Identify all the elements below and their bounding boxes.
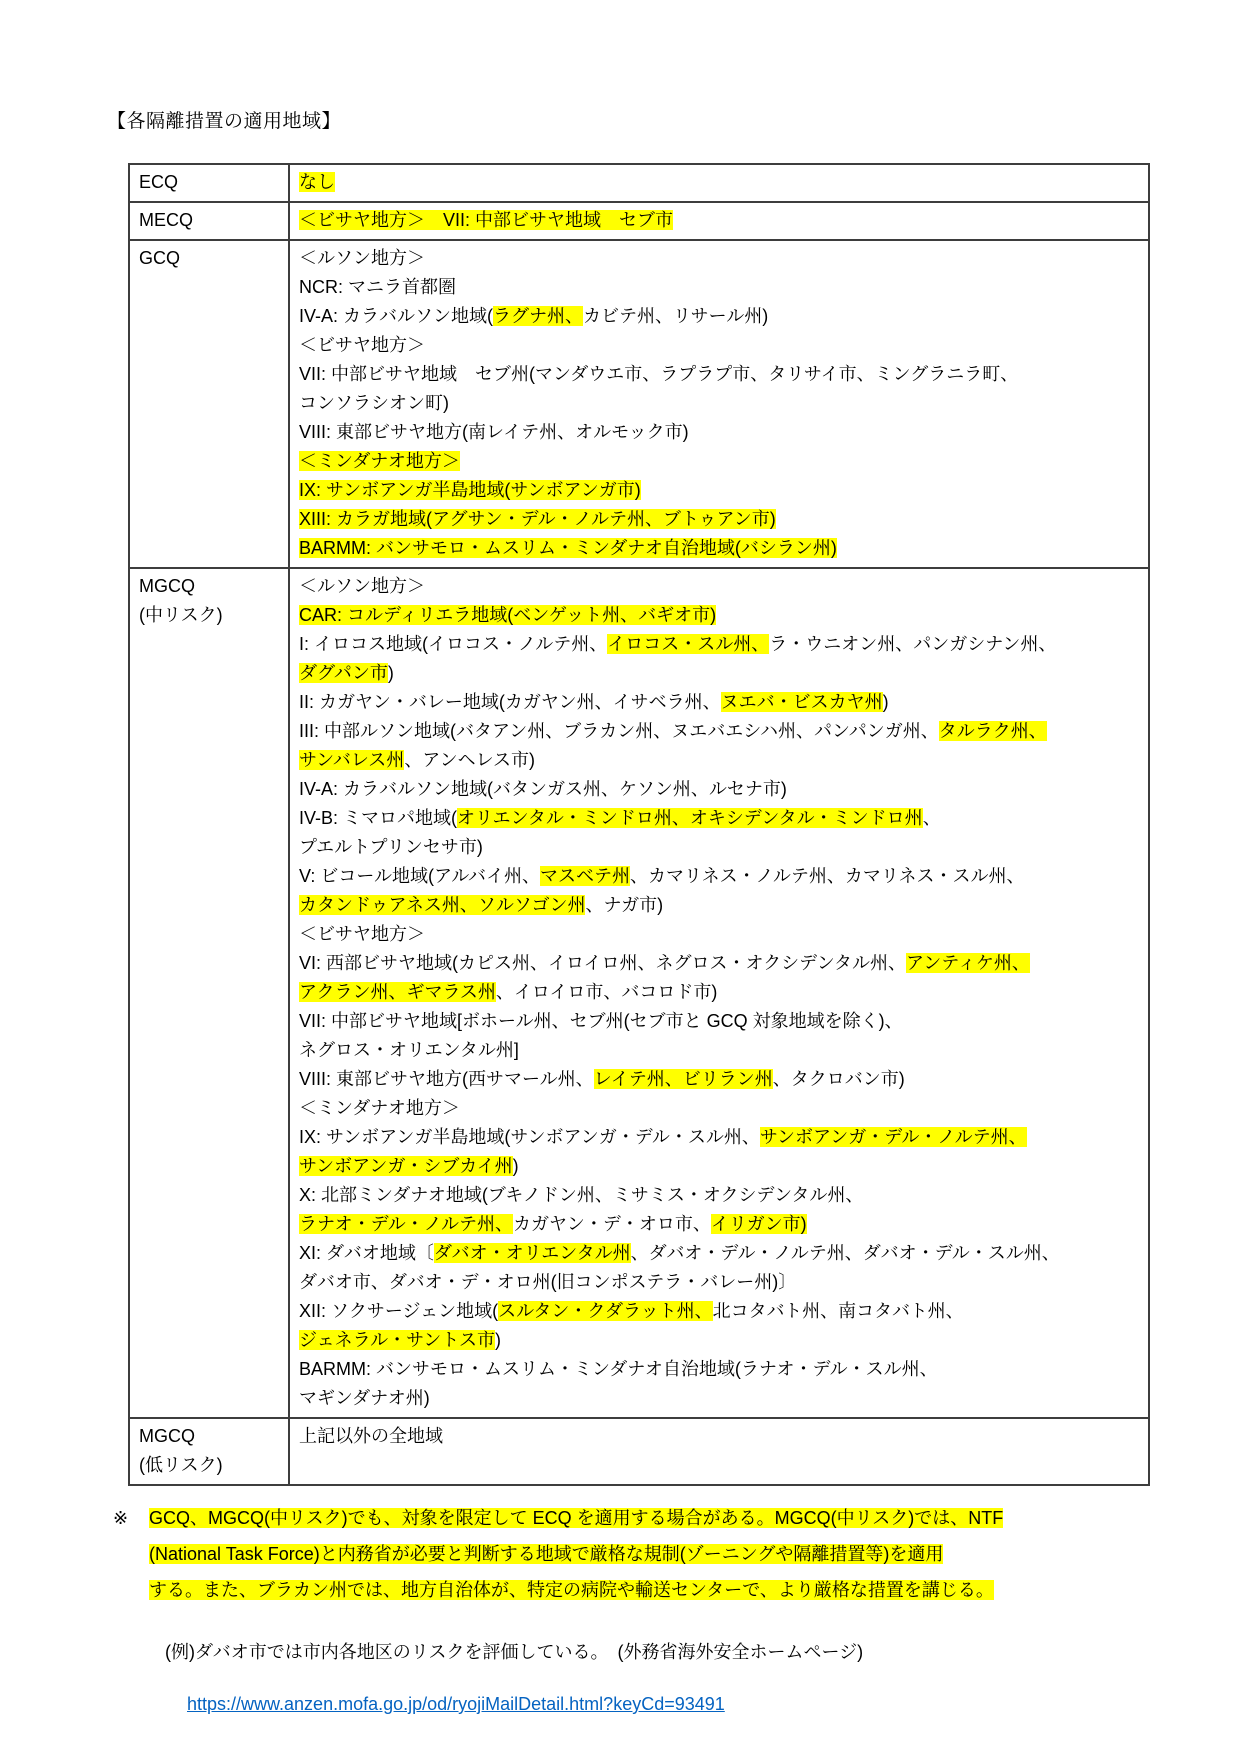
highlighted-text: なし <box>299 172 335 192</box>
content-line: VI: 西部ビサヤ地域(カピス州、イロイロ州、ネグロス・オクシデンタル州、アンテ… <box>299 949 1142 978</box>
plain-text: ) <box>883 692 889 712</box>
highlighted-text: カタンドゥアネス州、ソルソゴン州 <box>299 895 585 915</box>
plain-text: カガヤン・デ・オロ市、 <box>513 1214 711 1234</box>
content-line: コンソラシオン町) <box>299 389 1142 418</box>
highlighted-text: アンティケ州、 <box>906 953 1030 973</box>
content-line: IV-A: カラバルソン地域(ラグナ州、カビテ州、リサール州) <box>299 302 1142 331</box>
plain-text: V: ビコール地域(アルバイ州、 <box>299 866 540 886</box>
plain-text: X: 北部ミンダナオ地域(ブキノドン州、ミサミス・オクシデンタル州、 <box>299 1185 863 1205</box>
plain-text: ＜ビサヤ地方＞ <box>299 924 425 944</box>
plain-text: ＜ミンダナオ地方＞ <box>299 1098 460 1118</box>
plain-text: II: カガヤン・バレー地域(カガヤン州、イサベラ州、 <box>299 692 721 712</box>
plain-text: IV-A: カラバルソン地域(バタンガス州、ケソン州、ルセナ市) <box>299 779 787 799</box>
content-line: IV-A: カラバルソン地域(バタンガス州、ケソン州、ルセナ市) <box>299 775 1142 804</box>
row-label-mgcq-low: MGCQ(低リスク) <box>129 1418 289 1485</box>
table-row-ecq: ECQなし <box>129 164 1149 202</box>
row-label-ecq: ECQ <box>129 164 289 202</box>
plain-text: 上記以外の全地域 <box>299 1426 443 1446</box>
highlighted-text: BARMM: バンサモロ・ムスリム・ミンダナオ自治地域(バシラン州) <box>299 538 837 558</box>
highlighted-text: サンボアンガ・シブカイ州 <box>299 1156 513 1176</box>
highlighted-text: ラグナ州、 <box>493 306 583 326</box>
highlighted-text: ダグパン市 <box>299 663 388 683</box>
table-row-mecq: MECQ＜ビサヤ地方＞ VII: 中部ビサヤ地域 セブ市 <box>129 202 1149 240</box>
highlighted-text: (National Task Force)と内務省が必要と判断する地域で厳格な規… <box>149 1544 943 1564</box>
content-line: なし <box>299 168 1142 197</box>
content-line: ＜ビサヤ地方＞ VII: 中部ビサヤ地域 セブ市 <box>299 206 1142 235</box>
content-line: VIII: 東部ビサヤ地方(西サマール州、レイテ州、ビリラン州、タクロバン市) <box>299 1065 1142 1094</box>
content-line: サンボアンガ・シブカイ州) <box>299 1152 1142 1181</box>
content-line: ＜ビサヤ地方＞ <box>299 920 1142 949</box>
plain-text: 、タクロバン市) <box>773 1069 905 1089</box>
content-line: ラナオ・デル・ノルテ州、カガヤン・デ・オロ市、イリガン市) <box>299 1210 1142 1239</box>
content-line: CAR: コルディリエラ地域(ベンゲット州、バギオ市) <box>299 601 1142 630</box>
row-label-line: (低リスク) <box>139 1451 282 1480</box>
highlighted-text: XIII: カラガ地域(アグサン・デル・ノルテ州、ブトゥアン市) <box>299 509 776 529</box>
plain-text: VII: 中部ビサヤ地域[ボホール州、セブ州(セブ市と GCQ 対象地域を除く)… <box>299 1011 903 1031</box>
footnote-line: する。また、ブラカン州では、地方自治体が、特定の病院や輸送センターで、より厳格な… <box>149 1572 1181 1608</box>
row-label-line: ECQ <box>139 168 282 197</box>
content-line: ＜ルソン地方＞ <box>299 572 1142 601</box>
plain-text: マギンダナオ州) <box>299 1388 430 1408</box>
plain-text: VIII: 東部ビサヤ地方(西サマール州、 <box>299 1069 594 1089</box>
content-line: III: 中部ルソン地域(バタアン州、ブラカン州、ヌエバエシハ州、パンパンガ州、… <box>299 717 1142 746</box>
content-line: ダグパン市) <box>299 659 1142 688</box>
plain-text: IX: サンボアンガ半島地域(サンボアンガ・デル・スル州、 <box>299 1127 760 1147</box>
plain-text: VI: 西部ビサヤ地域(カピス州、イロイロ州、ネグロス・オクシデンタル州、 <box>299 953 906 973</box>
plain-text: 、カマリネス・ノルテ州、カマリネス・スル州、 <box>630 866 1025 886</box>
plain-text: ) <box>513 1156 519 1176</box>
plain-text: VIII: 東部ビサヤ地方(南レイテ州、オルモック市) <box>299 422 689 442</box>
content-line: XIII: カラガ地域(アグサン・デル・ノルテ州、ブトゥアン市) <box>299 505 1142 534</box>
table-row-mgcq-low: MGCQ(低リスク)上記以外の全地域 <box>129 1418 1149 1485</box>
content-line: VII: 中部ビサヤ地域 セブ州(マンダウエ市、ラプラプ市、タリサイ市、ミングラ… <box>299 360 1142 389</box>
plain-text: ＜ルソン地方＞ <box>299 248 425 268</box>
content-line: I: イロコス地域(イロコス・ノルテ州、イロコス・スル州、ラ・ウニオン州、パンガ… <box>299 630 1142 659</box>
content-line: BARMM: バンサモロ・ムスリム・ミンダナオ自治地域(バシラン州) <box>299 534 1142 563</box>
content-line: IX: サンボアンガ半島地域(サンボアンガ市) <box>299 476 1142 505</box>
plain-text: 、アンヘレス市) <box>404 750 535 770</box>
highlighted-text: IX: サンボアンガ半島地域(サンボアンガ市) <box>299 480 641 500</box>
content-line: ダバオ市、ダバオ・デ・オロ州(旧コンポステラ・バレー州)〕 <box>299 1268 1142 1297</box>
page-title: 【各隔離措置の適用地域】 <box>107 106 1181 133</box>
table-row-gcq: GCQ＜ルソン地方＞NCR: マニラ首都圏IV-A: カラバルソン地域(ラグナ州… <box>129 240 1149 568</box>
highlighted-text: イロコス・スル州、 <box>607 634 769 654</box>
row-content-mgcq-mid: ＜ルソン地方＞CAR: コルディリエラ地域(ベンゲット州、バギオ市)I: イロコ… <box>289 568 1149 1418</box>
plain-text: ダバオ市、ダバオ・デ・オロ州(旧コンポステラ・バレー州)〕 <box>299 1272 796 1292</box>
plain-text: ラ・ウニオン州、パンガシナン州、 <box>769 634 1056 654</box>
plain-text: BARMM: バンサモロ・ムスリム・ミンダナオ自治地域(ラナオ・デル・スル州、 <box>299 1359 938 1379</box>
row-label-gcq: GCQ <box>129 240 289 568</box>
plain-text: XI: ダバオ地域〔 <box>299 1243 434 1263</box>
plain-text: 、イロイロ市、バコロド市) <box>496 982 717 1002</box>
content-line: マギンダナオ州) <box>299 1384 1142 1413</box>
content-line: II: カガヤン・バレー地域(カガヤン州、イサベラ州、ヌエバ・ビスカヤ州) <box>299 688 1142 717</box>
plain-text: ネグロス・オリエンタル州] <box>299 1040 519 1060</box>
safety-info-link[interactable]: https://www.anzen.mofa.go.jp/od/ryojiMai… <box>187 1694 725 1715</box>
table-body: ECQなしMECQ＜ビサヤ地方＞ VII: 中部ビサヤ地域 セブ市GCQ＜ルソン… <box>129 164 1149 1485</box>
content-line: BARMM: バンサモロ・ムスリム・ミンダナオ自治地域(ラナオ・デル・スル州、 <box>299 1355 1142 1384</box>
row-label-mecq: MECQ <box>129 202 289 240</box>
row-label-line: GCQ <box>139 244 282 273</box>
row-label-line: (中リスク) <box>139 601 282 630</box>
row-label-line: MGCQ <box>139 1422 282 1451</box>
example-note: (例)ダバオ市では市内各地区のリスクを評価している。 (外務省海外安全ホームペー… <box>165 1638 1181 1664</box>
plain-text: コンソラシオン町) <box>299 393 449 413</box>
highlighted-text: ヌエバ・ビスカヤ州 <box>721 692 883 712</box>
footnote: ※ GCQ、MGCQ(中リスク)でも、対象を限定して ECQ を適用する場合があ… <box>113 1500 1181 1608</box>
highlighted-text: ダバオ・オリエンタル州 <box>434 1243 631 1263</box>
row-content-ecq: なし <box>289 164 1149 202</box>
row-content-gcq: ＜ルソン地方＞NCR: マニラ首都圏IV-A: カラバルソン地域(ラグナ州、カビ… <box>289 240 1149 568</box>
content-line: IV-B: ミマロパ地域(オリエンタル・ミンドロ州、オキシデンタル・ミンドロ州、 <box>299 804 1142 833</box>
plain-text: ) <box>495 1330 501 1350</box>
highlighted-text: サンバレス州 <box>299 750 404 770</box>
plain-text: VII: 中部ビサヤ地域 セブ州(マンダウエ市、ラプラプ市、タリサイ市、ミングラ… <box>299 364 1018 384</box>
plain-text: NCR: マニラ首都圏 <box>299 277 456 297</box>
content-line: ネグロス・オリエンタル州] <box>299 1036 1142 1065</box>
content-line: VII: 中部ビサヤ地域[ボホール州、セブ州(セブ市と GCQ 対象地域を除く)… <box>299 1007 1142 1036</box>
plain-text: 、ダバオ・デル・ノルテ州、ダバオ・デル・スル州、 <box>631 1243 1060 1263</box>
footnote-line: GCQ、MGCQ(中リスク)でも、対象を限定して ECQ を適用する場合がある。… <box>149 1500 1181 1536</box>
plain-text: I: イロコス地域(イロコス・ノルテ州、 <box>299 634 607 654</box>
content-line: XI: ダバオ地域〔ダバオ・オリエンタル州、ダバオ・デル・ノルテ州、ダバオ・デル… <box>299 1239 1142 1268</box>
plain-text: 、ナガ市) <box>585 895 663 915</box>
row-label-line: MECQ <box>139 206 282 235</box>
highlighted-text: タルラク州、 <box>939 721 1047 741</box>
row-content-mgcq-low: 上記以外の全地域 <box>289 1418 1149 1485</box>
content-line: カタンドゥアネス州、ソルソゴン州、ナガ市) <box>299 891 1142 920</box>
plain-text: ＜ビサヤ地方＞ <box>299 335 425 355</box>
highlighted-text: サンボアンガ・デル・ノルテ州、 <box>760 1127 1027 1147</box>
document-page: 【各隔離措置の適用地域】 ECQなしMECQ＜ビサヤ地方＞ VII: 中部ビサヤ… <box>0 0 1241 1755</box>
row-label-line: MGCQ <box>139 572 282 601</box>
highlighted-text: レイテ州、ビリラン州 <box>594 1069 773 1089</box>
highlighted-text: マスベテ州 <box>540 866 630 886</box>
highlighted-text: ＜ビサヤ地方＞ VII: 中部ビサヤ地域 セブ市 <box>299 210 673 230</box>
highlighted-text: する。また、ブラカン州では、地方自治体が、特定の病院や輸送センターで、より厳格な… <box>149 1580 994 1600</box>
plain-text: IV-A: カラバルソン地域( <box>299 306 493 326</box>
footnote-lines: GCQ、MGCQ(中リスク)でも、対象を限定して ECQ を適用する場合がある。… <box>149 1500 1181 1608</box>
content-line: ＜ミンダナオ地方＞ <box>299 447 1142 476</box>
highlighted-text: CAR: コルディリエラ地域(ベンゲット州、バギオ市) <box>299 605 716 625</box>
plain-text: カビテ州、リサール州) <box>583 306 768 326</box>
content-line: IX: サンボアンガ半島地域(サンボアンガ・デル・スル州、サンボアンガ・デル・ノ… <box>299 1123 1142 1152</box>
content-line: V: ビコール地域(アルバイ州、マスベテ州、カマリネス・ノルテ州、カマリネス・ス… <box>299 862 1142 891</box>
highlighted-text: スルタン・クダラット州、 <box>498 1301 713 1321</box>
plain-text: 北コタバト州、南コタバト州、 <box>713 1301 964 1321</box>
plain-text: 、 <box>923 808 941 828</box>
table-row-mgcq-mid: MGCQ(中リスク)＜ルソン地方＞CAR: コルディリエラ地域(ベンゲット州、バ… <box>129 568 1149 1418</box>
highlighted-text: GCQ、MGCQ(中リスク)でも、対象を限定して ECQ を適用する場合がある。… <box>149 1508 1003 1528</box>
plain-text: ＜ルソン地方＞ <box>299 576 425 596</box>
content-line: ＜ルソン地方＞ <box>299 244 1142 273</box>
content-line: XII: ソクサージェン地域(スルタン・クダラット州、北コタバト州、南コタバト州… <box>299 1297 1142 1326</box>
content-line: X: 北部ミンダナオ地域(ブキノドン州、ミサミス・オクシデンタル州、 <box>299 1181 1142 1210</box>
plain-text: プエルトプリンセサ市) <box>299 837 483 857</box>
quarantine-table: ECQなしMECQ＜ビサヤ地方＞ VII: 中部ビサヤ地域 セブ市GCQ＜ルソン… <box>128 163 1150 1486</box>
highlighted-text: オリエンタル・ミンドロ州、オキシデンタル・ミンドロ州 <box>457 808 923 828</box>
content-line: ジェネラル・サントス市) <box>299 1326 1142 1355</box>
row-label-mgcq-mid: MGCQ(中リスク) <box>129 568 289 1418</box>
content-line: プエルトプリンセサ市) <box>299 833 1142 862</box>
content-line: NCR: マニラ首都圏 <box>299 273 1142 302</box>
footnote-line: (National Task Force)と内務省が必要と判断する地域で厳格な規… <box>149 1536 1181 1572</box>
footnote-marker: ※ <box>113 1500 149 1608</box>
content-line: サンバレス州、アンヘレス市) <box>299 746 1142 775</box>
highlighted-text: ラナオ・デル・ノルテ州、 <box>299 1214 513 1234</box>
content-line: VIII: 東部ビサヤ地方(南レイテ州、オルモック市) <box>299 418 1142 447</box>
content-line: ＜ミンダナオ地方＞ <box>299 1094 1142 1123</box>
content-line: 上記以外の全地域 <box>299 1422 1142 1451</box>
plain-text: III: 中部ルソン地域(バタアン州、ブラカン州、ヌエバエシハ州、パンパンガ州、 <box>299 721 939 741</box>
plain-text: IV-B: ミマロパ地域( <box>299 808 457 828</box>
plain-text: XII: ソクサージェン地域( <box>299 1301 498 1321</box>
content-line: ＜ビサヤ地方＞ <box>299 331 1142 360</box>
plain-text: ) <box>388 663 394 683</box>
content-line: アクラン州、ギマラス州、イロイロ市、バコロド市) <box>299 978 1142 1007</box>
highlighted-text: イリガン市) <box>711 1214 807 1234</box>
highlighted-text: ＜ミンダナオ地方＞ <box>299 451 460 471</box>
highlighted-text: ジェネラル・サントス市 <box>299 1330 495 1350</box>
row-content-mecq: ＜ビサヤ地方＞ VII: 中部ビサヤ地域 セブ市 <box>289 202 1149 240</box>
highlighted-text: アクラン州、ギマラス州 <box>299 982 496 1002</box>
